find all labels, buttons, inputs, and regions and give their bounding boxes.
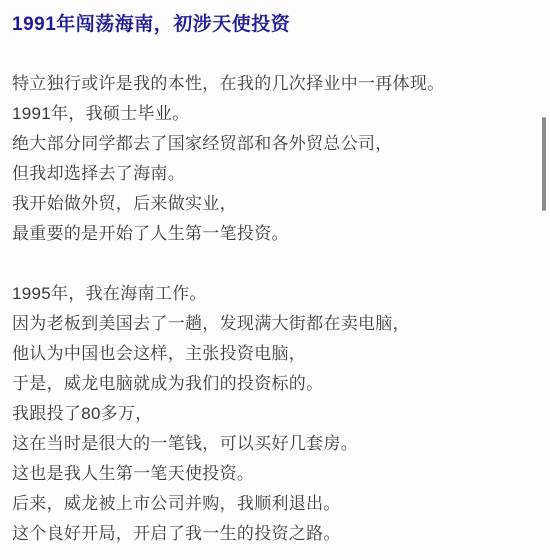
text-line: 这在当时是很大的一笔钱，可以买好几套房。 xyxy=(12,429,538,459)
text-line: 绝大部分同学都去了国家经贸部和各外贸总公司， xyxy=(12,129,538,159)
text-line: 但我却选择去了海南。 xyxy=(12,159,538,189)
paragraph-2: 1995年，我在海南工作。 因为老板到美国去了一趟，发现满大街都在卖电脑， 他认… xyxy=(12,279,538,549)
text-line: 于是，威龙电脑就成为我们的投资标的。 xyxy=(12,369,538,399)
scrollbar-thumb[interactable] xyxy=(542,117,546,211)
text-line: 因为老板到美国去了一趟，发现满大街都在卖电脑， xyxy=(12,309,538,339)
scrollbar-track xyxy=(538,0,550,560)
text-line: 1991年，我硕士毕业。 xyxy=(12,99,538,129)
text-line: 1995年，我在海南工作。 xyxy=(12,279,538,309)
article-page: 1991年闯荡海南，初涉天使投资 特立独行或许是我的本性，在我的几次择业中一再体… xyxy=(0,0,550,560)
paragraph-1: 特立独行或许是我的本性，在我的几次择业中一再体现。 1991年，我硕士毕业。 绝… xyxy=(12,69,538,249)
text-line: 我跟投了80多万， xyxy=(12,399,538,429)
text-line: 特立独行或许是我的本性，在我的几次择业中一再体现。 xyxy=(12,69,538,99)
text-line: 他认为中国也会这样，主张投资电脑， xyxy=(12,339,538,369)
article-title: 1991年闯荡海南，初涉天使投资 xyxy=(12,13,538,37)
text-line: 这个良好开局，开启了我一生的投资之路。 xyxy=(12,519,538,549)
text-line: 最重要的是开始了人生第一笔投资。 xyxy=(12,219,538,249)
text-line: 这也是我人生第一笔天使投资。 xyxy=(12,459,538,489)
text-line: 后来，威龙被上市公司并购，我顺利退出。 xyxy=(12,489,538,519)
text-line: 我开始做外贸，后来做实业， xyxy=(12,189,538,219)
